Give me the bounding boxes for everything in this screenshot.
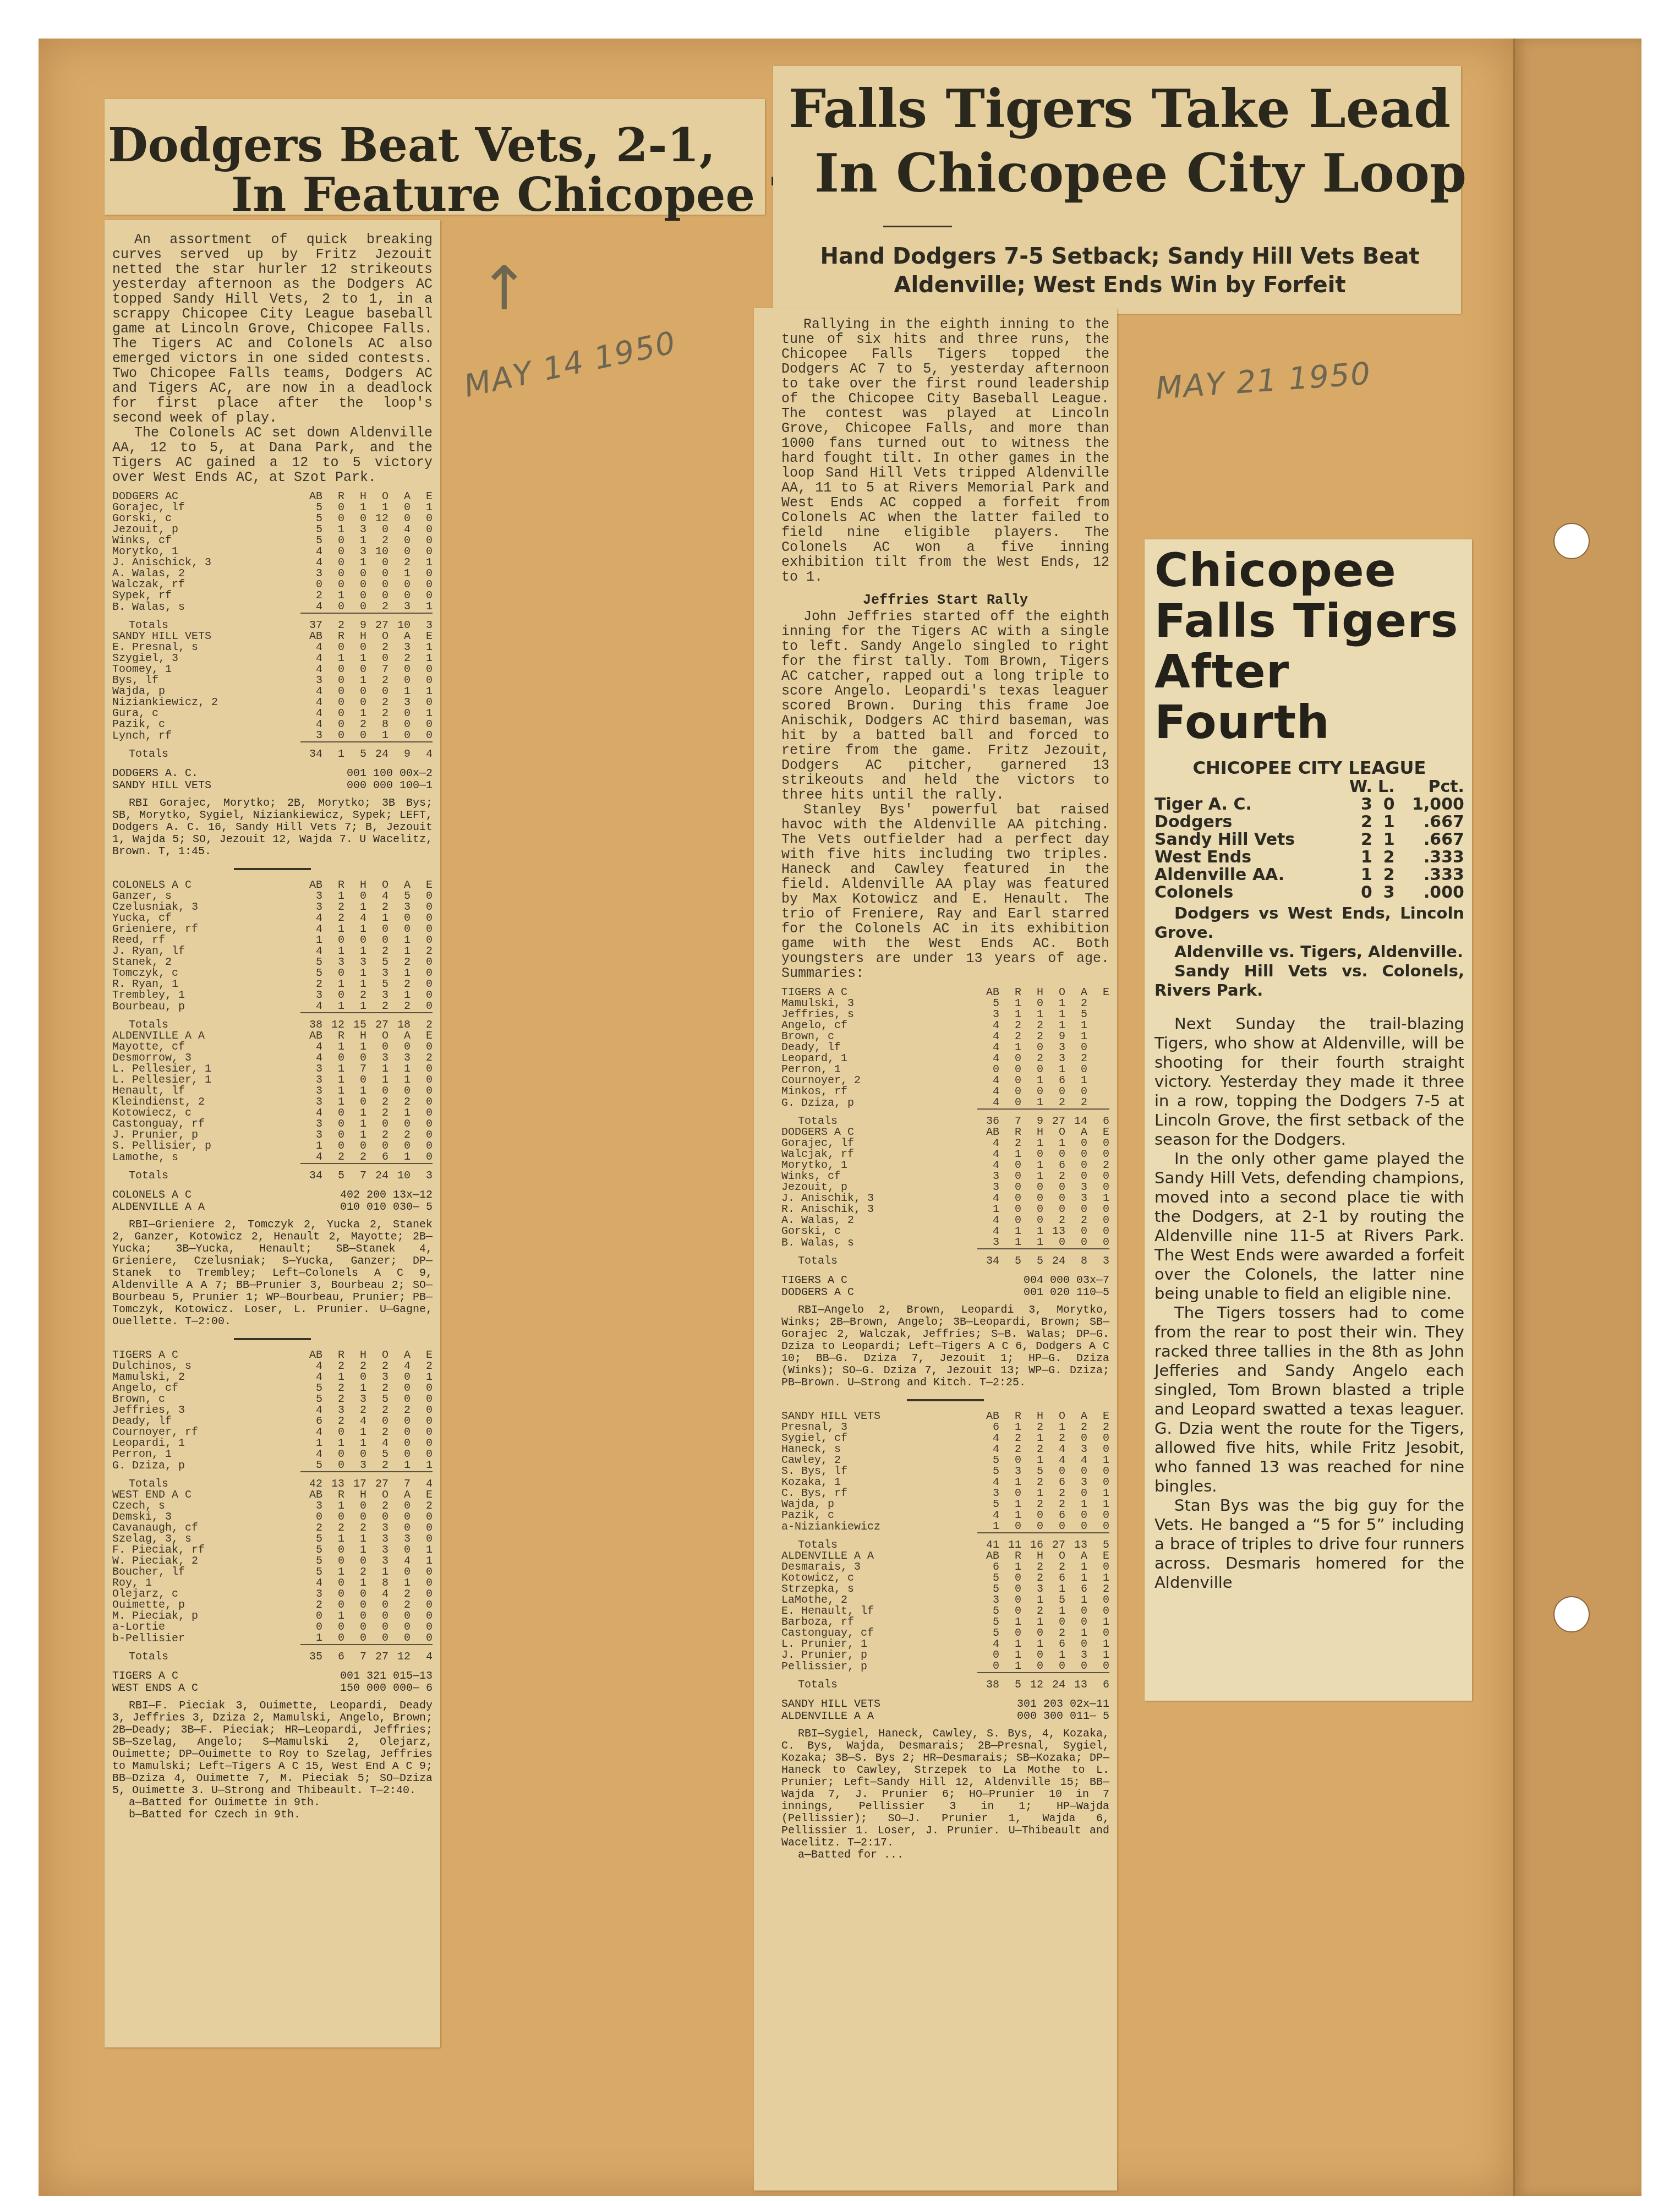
- player-name: R. Anischik, 3: [781, 1204, 977, 1215]
- stat-value: 3: [300, 569, 322, 580]
- player-name: L. Prunier, 1: [781, 1639, 977, 1650]
- stat-value: 6: [300, 1416, 322, 1427]
- player-row: Bourbeau, p411220: [112, 1001, 433, 1013]
- stat-value: 5: [1065, 1009, 1087, 1020]
- stat-value: 0: [1021, 1204, 1043, 1215]
- stat-value: 1: [322, 1042, 344, 1053]
- stat-value: 0: [344, 1501, 366, 1512]
- player-row: M. Pieciak, p010000: [112, 1611, 433, 1622]
- stat-value: 0: [999, 1204, 1021, 1215]
- standing-value: .333: [1395, 866, 1464, 884]
- stat-value: 4: [977, 1160, 999, 1171]
- team-name: SANDY HILL VETS: [781, 1698, 880, 1711]
- player-name: J. Prunier, p: [781, 1650, 977, 1661]
- stat-value: 5: [300, 968, 322, 979]
- stat-value: 1: [300, 935, 322, 946]
- player-name: Presnal, 3: [781, 1422, 977, 1433]
- stat-value: 3: [977, 1171, 999, 1182]
- stat-value: 0: [999, 1584, 1021, 1595]
- player-name: Gorajec, lf: [112, 503, 300, 514]
- player-row: Leopardi, 1111400: [112, 1438, 433, 1449]
- stat-value: 0: [1021, 1628, 1043, 1639]
- stat-value: 2: [344, 1523, 366, 1534]
- standing-value: 0: [1372, 796, 1395, 813]
- player-name: Wajda, p: [112, 686, 300, 697]
- stat-value: 3: [366, 968, 388, 979]
- stat-value: 0: [1021, 1215, 1043, 1226]
- stat-value: 0: [999, 1075, 1021, 1086]
- stat-value: 0: [999, 1097, 1021, 1109]
- paragraph: In the only other game played the Sandy …: [1154, 1149, 1464, 1303]
- stat-value: 4: [977, 1031, 999, 1042]
- stat-value: 0: [999, 1193, 1021, 1204]
- player-name: Mamulski, 3: [781, 998, 977, 1009]
- stat-value: 1: [388, 1108, 411, 1119]
- total-value: 35: [300, 1645, 322, 1663]
- total-value: 38: [977, 1673, 999, 1691]
- stat-value: 0: [411, 1064, 433, 1075]
- article-body: An assortment of quick breaking curves s…: [112, 232, 433, 485]
- stat-value: 2: [366, 675, 388, 686]
- player-name: Angelo, cf: [112, 1383, 300, 1394]
- stat-value: 2: [366, 1405, 388, 1416]
- stat-value: 0: [1065, 1171, 1087, 1182]
- stat-value: 1: [344, 1108, 366, 1119]
- stat-value: 1: [322, 1438, 344, 1449]
- stat-value: 4: [300, 642, 322, 653]
- stat-value: 1: [999, 1499, 1021, 1510]
- player-row: Kozaka, 1412630: [781, 1477, 1109, 1488]
- stat-value: 0: [999, 1064, 1021, 1075]
- totals-row: Totals4213172774: [112, 1472, 433, 1490]
- stat-value: 4: [366, 1589, 388, 1600]
- stat-value: 0: [1021, 1650, 1043, 1661]
- player-row: Toomey, 1400700: [112, 664, 433, 675]
- stat-value: 2: [1021, 1444, 1043, 1455]
- player-row: Winks, cf501200: [112, 536, 433, 547]
- stat-value: 1: [999, 1510, 1021, 1521]
- stat-value: 7: [344, 1064, 366, 1075]
- total-value: 6: [322, 1645, 344, 1663]
- stat-value: 0: [366, 1611, 388, 1622]
- stat-value: 0: [1087, 1204, 1109, 1215]
- stat-value: 0: [344, 697, 366, 708]
- player-name: Cavanaugh, cf: [112, 1523, 300, 1534]
- stat-value: 3: [366, 1053, 388, 1064]
- player-row: J. Ryan, lf411212: [112, 946, 433, 957]
- stat-value: 0: [1021, 1149, 1043, 1160]
- stat-value: 0: [388, 1501, 411, 1512]
- player-name: Morytko, 1: [112, 547, 300, 558]
- stat-value: 0: [322, 1600, 344, 1611]
- paragraph: The Tigers tossers had to come from the …: [1154, 1303, 1464, 1496]
- team-name: DODGERS A C: [781, 1127, 977, 1138]
- stat-value: 3: [300, 1130, 322, 1141]
- stat-value: 4: [977, 1510, 999, 1521]
- team-col-header: [1154, 778, 1342, 796]
- stat-value: 0: [388, 730, 411, 742]
- stat-value: 1: [322, 1064, 344, 1075]
- player-row: Strzepka, s503162: [781, 1584, 1109, 1595]
- stat-value: 0: [1065, 1661, 1087, 1673]
- player-name: R. Ryan, 1: [112, 979, 300, 990]
- stat-value: 2: [1021, 1606, 1043, 1617]
- stat-value: 0: [366, 686, 388, 697]
- stat-header: h: [1021, 1411, 1043, 1422]
- stat-value: 0: [1065, 1639, 1087, 1650]
- stat-header: a: [1065, 1411, 1087, 1422]
- stat-value: 1: [1043, 1020, 1065, 1031]
- stat-value: 2: [1021, 1020, 1043, 1031]
- stat-value: 1: [1021, 1488, 1043, 1499]
- player-name: Angelo, cf: [781, 1020, 977, 1031]
- stat-value: 2: [366, 602, 388, 613]
- game-notes: RBI—Angelo 2, Brown, Leopardi 3, Morytko…: [781, 1304, 1109, 1389]
- stat-value: 2: [388, 1589, 411, 1600]
- total-value: 7: [344, 1645, 366, 1663]
- total-value: 11: [999, 1533, 1021, 1551]
- player-name: J. Ryan, lf: [112, 946, 300, 957]
- stat-value: 0: [1065, 1086, 1087, 1097]
- stat-value: [1087, 1020, 1109, 1031]
- stat-value: 0: [999, 1573, 1021, 1584]
- stat-value: 0: [322, 1141, 344, 1152]
- team-name: TIGERS A C: [112, 1350, 300, 1361]
- stat-value: 3: [977, 1009, 999, 1020]
- stat-value: 3: [388, 602, 411, 613]
- player-name: Szelag, 3, s: [112, 1534, 300, 1545]
- stat-value: 1: [366, 1075, 388, 1086]
- stat-value: 0: [366, 580, 388, 591]
- stat-value: 2: [1021, 1477, 1043, 1488]
- stat-value: 1: [322, 1001, 344, 1013]
- stat-value: 5: [300, 1460, 322, 1472]
- stat-value: 0: [388, 719, 411, 730]
- stat-value: 0: [1087, 1521, 1109, 1533]
- player-name: Winks, cf: [781, 1171, 977, 1182]
- stat-header: h: [344, 1490, 366, 1501]
- binder-hole: [1553, 523, 1590, 559]
- player-row: S. Bys, lf535000: [781, 1466, 1109, 1477]
- total-value: 2: [322, 613, 344, 631]
- stat-value: 0: [1065, 1606, 1087, 1617]
- stat-value: 1: [344, 536, 366, 547]
- stat-header: a: [1065, 1551, 1087, 1562]
- stat-value: 5: [300, 514, 322, 525]
- player-row: Sygiel, cf421200: [781, 1433, 1109, 1444]
- paragraph: Aldenville vs. Tigers, Aldenville.: [1154, 942, 1464, 962]
- total-value: 27: [1043, 1533, 1065, 1551]
- stat-value: 1: [411, 558, 433, 569]
- player-row: Szelag, 3, s511330: [112, 1534, 433, 1545]
- col-header: L.: [1372, 778, 1395, 796]
- stat-value: 0: [411, 990, 433, 1001]
- stat-value: 5: [366, 957, 388, 968]
- stat-value: 0: [411, 1416, 433, 1427]
- stat-header: ab: [300, 631, 322, 642]
- stat-value: 3: [1065, 1182, 1087, 1193]
- stat-value: 1: [1021, 1009, 1043, 1020]
- stat-value: 0: [1087, 1628, 1109, 1639]
- stat-value: 2: [1043, 1499, 1065, 1510]
- total-value: 41: [977, 1533, 999, 1551]
- inning-runs: 301 203 02x—11: [1017, 1698, 1109, 1711]
- box-score: TIGERS A CabrhoaeMamulski, 351012Jeffrie…: [781, 987, 1109, 1267]
- stat-value: 1: [999, 1237, 1021, 1249]
- line-score-row: WEST ENDS A C150 000 000— 6: [112, 1683, 433, 1695]
- stat-value: 2: [366, 1001, 388, 1013]
- stat-value: 8: [366, 1578, 388, 1589]
- stat-value: 0: [322, 569, 344, 580]
- player-row: B. Walas, s311000: [781, 1237, 1109, 1249]
- total-value: 12: [388, 1645, 411, 1663]
- stat-value: 2: [322, 913, 344, 924]
- stat-value: 0: [322, 1545, 344, 1556]
- stat-value: 1: [300, 1141, 322, 1152]
- stat-value: 1: [344, 979, 366, 990]
- stat-header: ab: [300, 1490, 322, 1501]
- stat-header: e: [1087, 1411, 1109, 1422]
- stat-value: 0: [411, 891, 433, 902]
- stat-value: 1: [1021, 1171, 1043, 1182]
- total-value: 12: [322, 1013, 344, 1031]
- stat-value: 1: [999, 1149, 1021, 1160]
- stat-value: 1: [411, 503, 433, 514]
- stat-value: 6: [1043, 1639, 1065, 1650]
- stat-value: 0: [366, 1119, 388, 1130]
- total-value: 14: [1065, 1109, 1087, 1127]
- stat-value: 0: [411, 569, 433, 580]
- player-row: Gorski, c4111300: [781, 1226, 1109, 1237]
- stat-value: 2: [388, 1600, 411, 1611]
- stat-value: 4: [977, 1075, 999, 1086]
- stat-value: 0: [366, 1622, 388, 1633]
- stat-value: 4: [977, 1639, 999, 1650]
- stat-value: 1: [1021, 1138, 1043, 1149]
- player-name: Gorski, c: [781, 1226, 977, 1237]
- stat-value: 1: [1065, 1020, 1087, 1031]
- stat-value: 5: [300, 1394, 322, 1405]
- totals-label: Totals: [781, 1673, 977, 1691]
- stat-value: 0: [322, 935, 344, 946]
- player-name: Mamulski, 2: [112, 1372, 300, 1383]
- stat-value: 4: [366, 891, 388, 902]
- player-name: b-Pellisier: [112, 1633, 300, 1645]
- stat-value: 0: [411, 1405, 433, 1416]
- player-name: Gura, c: [112, 708, 300, 719]
- paragraph: An assortment of quick breaking curves s…: [112, 232, 433, 425]
- stat-value: 0: [1043, 1661, 1065, 1673]
- player-name: Barboza, rf: [781, 1617, 977, 1628]
- stat-value: 5: [300, 1567, 322, 1578]
- stat-value: 2: [300, 1600, 322, 1611]
- stat-value: 2: [1021, 1422, 1043, 1433]
- stat-value: 3: [366, 1372, 388, 1383]
- line-score-row: SANDY HILL VETS301 203 02x—11: [781, 1698, 1109, 1711]
- total-value: 13: [322, 1472, 344, 1490]
- player-row: C. Bys, rf301201: [781, 1488, 1109, 1499]
- subheadline: Hand Dodgers 7-5 Setback; Sandy Hill Vet…: [784, 242, 1455, 299]
- player-name: Ouimette, p: [112, 1600, 300, 1611]
- stat-header: h: [344, 1350, 366, 1361]
- stat-value: 4: [366, 1438, 388, 1449]
- stat-value: 1: [322, 653, 344, 664]
- stat-value: 2: [411, 1501, 433, 1512]
- player-name: Mayotte, cf: [112, 1042, 300, 1053]
- stat-value: 4: [977, 1477, 999, 1488]
- footnote: a—Batted for ...: [781, 1849, 1109, 1861]
- stat-value: 5: [300, 525, 322, 536]
- stat-value: 3: [1065, 1193, 1087, 1204]
- stat-value: 1: [1021, 1097, 1043, 1109]
- stat-header: a: [388, 631, 411, 642]
- player-name: Bourbeau, p: [112, 1001, 300, 1013]
- stat-value: 1: [322, 1567, 344, 1578]
- total-value: 5: [1087, 1533, 1109, 1551]
- stat-value: 0: [1065, 1226, 1087, 1237]
- player-name: Tomczyk, c: [112, 968, 300, 979]
- stat-value: 0: [411, 1141, 433, 1152]
- stat-value: [1087, 998, 1109, 1009]
- stat-value: 0: [411, 1108, 433, 1119]
- team-name: TIGERS A C: [781, 1275, 847, 1287]
- team-header-row: COLONELS A Cabrhoae: [112, 880, 433, 891]
- stat-value: 5: [300, 957, 322, 968]
- stat-value: 0: [1087, 1226, 1109, 1237]
- stat-value: 0: [411, 1383, 433, 1394]
- player-row: Kotowiecz, c401210: [112, 1108, 433, 1119]
- stat-value: 4: [388, 1361, 411, 1372]
- stat-value: 1: [1065, 1573, 1087, 1584]
- player-row: Trembley, 1302310: [112, 990, 433, 1001]
- stat-header: ab: [977, 987, 999, 998]
- stat-value: 0: [322, 1108, 344, 1119]
- stat-value: 2: [366, 1460, 388, 1472]
- total-value: 34: [300, 742, 322, 760]
- stat-value: 0: [411, 1075, 433, 1086]
- stat-value: 0: [322, 1578, 344, 1589]
- stat-value: 2: [1021, 1053, 1043, 1064]
- stat-value: 4: [300, 1449, 322, 1460]
- stat-value: 0: [1087, 1606, 1109, 1617]
- stat-value: 5: [977, 1455, 999, 1466]
- stat-value: 4: [388, 525, 411, 536]
- team-name: SANDY HILL VETS: [112, 780, 211, 792]
- stat-value: 1: [1021, 1237, 1043, 1249]
- total-value: 5: [1021, 1249, 1043, 1267]
- player-row: Haneck, s422430: [781, 1444, 1109, 1455]
- player-row: Ouimette, p200020: [112, 1600, 433, 1611]
- stat-value: 1: [344, 924, 366, 935]
- player-name: Yucka, cf: [112, 913, 300, 924]
- standings-row: West Ends12.333: [1154, 849, 1464, 866]
- player-name: Bys, lf: [112, 675, 300, 686]
- stat-value: 1: [366, 1567, 388, 1578]
- stat-value: 0: [1087, 1562, 1109, 1573]
- stat-value: 1: [411, 1545, 433, 1556]
- article-body-continued: John Jeffries started off the eighth inn…: [781, 609, 1109, 981]
- stat-value: 0: [1065, 1042, 1087, 1053]
- stat-value: 1: [322, 1611, 344, 1622]
- player-name: Stanek, 2: [112, 957, 300, 968]
- stat-value: 0: [1043, 1466, 1065, 1477]
- stat-header: e: [1087, 1127, 1109, 1138]
- stat-value: 5: [388, 891, 411, 902]
- player-name: Desmarais, 3: [781, 1562, 977, 1573]
- line-score: COLONELS A C402 200 13x—12ALDENVILLE A A…: [112, 1189, 433, 1214]
- stat-header: ab: [977, 1127, 999, 1138]
- stat-value: 0: [999, 1171, 1021, 1182]
- stat-value: 4: [300, 1053, 322, 1064]
- stat-value: 0: [322, 697, 344, 708]
- stat-value: 0: [1087, 1182, 1109, 1193]
- standing-value: 1: [1372, 813, 1395, 831]
- stat-value: 2: [411, 1361, 433, 1372]
- stat-value: 1: [1065, 1075, 1087, 1086]
- stat-value: 0: [999, 1606, 1021, 1617]
- stat-value: 0: [300, 1611, 322, 1622]
- stat-value: 2: [344, 1361, 366, 1372]
- stat-value: 0: [322, 1119, 344, 1130]
- standing-value: .000: [1395, 884, 1464, 902]
- stat-value: 2: [344, 1405, 366, 1416]
- stat-header: o: [366, 1490, 388, 1501]
- inning-runs: 402 200 13x—12: [340, 1189, 433, 1201]
- player-name: Sypek, rf: [112, 591, 300, 602]
- inning-runs: 000 300 011— 5: [1017, 1711, 1109, 1723]
- paragraph: The Colonels AC set down Aldenville AA, …: [112, 425, 433, 485]
- stat-value: 3: [366, 1534, 388, 1545]
- stat-value: 0: [411, 1427, 433, 1438]
- stat-value: 0: [1087, 1477, 1109, 1488]
- stat-value: 0: [322, 1053, 344, 1064]
- stat-value: 2: [366, 536, 388, 547]
- stat-value: 4: [300, 664, 322, 675]
- stat-value: 1: [344, 558, 366, 569]
- stat-value: 3: [300, 1064, 322, 1075]
- total-value: 10: [388, 1164, 411, 1182]
- stat-value: 0: [411, 1578, 433, 1589]
- paragraph: Stan Bys was the big guy for the Vets. H…: [1154, 1496, 1464, 1592]
- stat-header: h: [1021, 1127, 1043, 1138]
- stat-header: o: [366, 1350, 388, 1361]
- player-name: Castonguay, rf: [112, 1119, 300, 1130]
- player-row: Lynch, rf300100: [112, 730, 433, 742]
- stat-value: 0: [344, 664, 366, 675]
- total-value: 1: [322, 742, 344, 760]
- stat-value: 8: [366, 719, 388, 730]
- total-value: 16: [1021, 1533, 1043, 1551]
- stat-value: 0: [344, 891, 366, 902]
- stat-value: 0: [366, 653, 388, 664]
- stat-value: 0: [411, 957, 433, 968]
- stat-value: 5: [300, 503, 322, 514]
- stat-value: 2: [366, 946, 388, 957]
- stat-value: 1: [344, 1130, 366, 1141]
- player-row: Minkos, rf40000: [781, 1086, 1109, 1097]
- player-name: Olejarz, c: [112, 1589, 300, 1600]
- stat-value: 1: [344, 1438, 366, 1449]
- stat-value: 4: [977, 1433, 999, 1444]
- stat-value: 5: [977, 1573, 999, 1584]
- standings-row: Sandy Hill Vets21.667: [1154, 831, 1464, 849]
- stat-value: 4: [388, 1556, 411, 1567]
- player-row: Winks, cf301200: [781, 1171, 1109, 1182]
- total-value: 12: [1021, 1673, 1043, 1691]
- player-name: a-Lortie: [112, 1622, 300, 1633]
- stat-value: 0: [388, 708, 411, 719]
- team-name: TIGERS A C: [112, 1670, 178, 1683]
